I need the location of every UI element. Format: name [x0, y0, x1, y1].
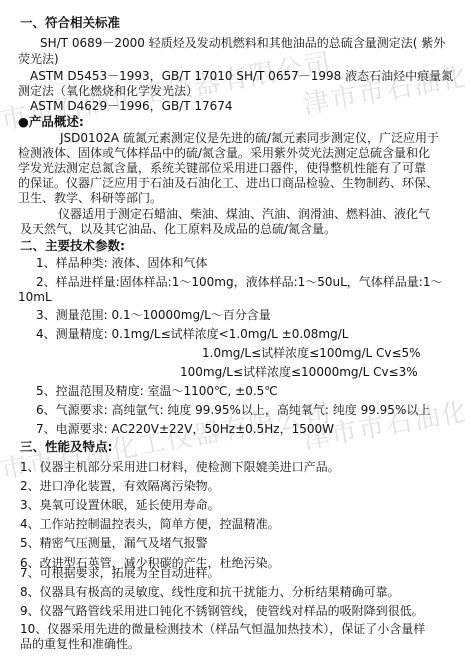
spec-line: 5、控温范围及精度: 室温～1100℃, ±0.5℃	[36, 384, 278, 398]
overview-line: 检测液体、固体或气体样品中的硫/氮含量。采用紫外荧光法测定总硫含量和化	[18, 146, 430, 160]
standard-line: 测定法（氧化燃烧和化学发光法）	[18, 84, 198, 98]
feature-line: 品的重复性和准确性。	[20, 637, 140, 651]
overview-line: 仪器适用于测定石蜡油、柴油、煤油、汽油、润滑油、燃料油、液化气	[58, 207, 430, 221]
section-title-overview: ●产品概述:	[18, 115, 84, 129]
spec-line: 6、气源要求: 高纯氩气: 纯度 99.95%以上，高纯氧气: 纯度 99.95…	[36, 403, 430, 417]
spec-line: 3、测量范围: 0.1～10000mg/L～百分含量	[36, 308, 271, 322]
overview-line: JSD0102A 硫氮元素测定仪是先进的硫/氮元素同步测定仪，广泛应用于	[60, 131, 439, 145]
overview-line: 卫生、教学、科研等部门。	[18, 191, 162, 205]
standard-line: 荧光法)	[18, 52, 59, 66]
section-title-specs: 二、主要技术参数:	[20, 239, 125, 253]
document-page: 津市市石油化工仪器有限公司 津市市石油化工仪器有限公司 津市市石油化工仪器有限公…	[0, 0, 465, 665]
spec-line: 1.0mg/L≤试样浓度≤100mg/L Cv≤5%	[202, 346, 421, 360]
spec-line: 100mg/L≤试样浓度≤10000mg/L Cv≤3%	[180, 365, 418, 379]
overview-line: 学发光法测定总氮含量，系统关键部位采用进口器件，使得整机性能有了可靠	[18, 161, 426, 175]
spec-line: 1、样品种类: 液体、固体和气体	[36, 256, 208, 270]
spec-line: 7、电源要求: AC220V±22V，50Hz±0.5Hz，1500W	[36, 422, 334, 436]
feature-line: 4、工作站控制温控表头，简单方便，控温精准。	[20, 517, 280, 531]
spec-line: 2、样品进样量:固体样品:1～100mg，液体样品:1～50uL，气体样品量:1…	[36, 275, 443, 289]
feature-line: 5、精密气压测量，漏气及堵气报警	[20, 536, 208, 550]
overview-line: 的保证。仪器广泛应用于石油及石油化工、进出口商品检验、生物制药、环保、	[18, 176, 438, 190]
standard-line: ASTM D4629－1996，GB/T 17674	[30, 99, 233, 113]
spec-line: 4、测量精度: 0.1mg/L≤试样浓度<1.0mg/L ±0.08mg/L	[36, 327, 348, 341]
feature-line: 1、仪器主机部分采用进口材料，使检测下限媲美进口产品。	[20, 460, 340, 474]
overview-line: 及天然气，以及其它油品、化工原料及成品的总硫/氮含量。	[20, 222, 336, 236]
feature-line: 7、可根据要求，拓展为全自动进样。	[20, 566, 220, 580]
section-title-standards: 一、符合相关标准	[20, 16, 120, 30]
standard-line: SH/T 0689－2000 轻质烃及发动机燃料和其他油品的总硫含量测定法( 紫…	[40, 36, 445, 50]
feature-line: 3、臭氧可设置休眠，延长使用寿命。	[20, 498, 220, 512]
feature-line: 9、仪器气路管线采用进口钝化不锈钢管线，使管线对样品的吸附降到很低。	[20, 604, 424, 618]
section-title-features: 三、性能及特点:	[20, 440, 113, 454]
feature-line: 2、进口净化装置，有效隔离污染物。	[20, 479, 220, 493]
standard-line: ASTM D5453－1993，GB/T 17010 SH/T 0657－199…	[30, 69, 453, 83]
feature-line: 8、仪器具有极高的灵敏度、线性度和抗干扰能力、分析结果精确可靠。	[20, 585, 400, 599]
feature-line: 10、仪器采用先进的微量检测技术（样品气恒温加热技术），保证了小含量样	[20, 622, 425, 636]
spec-line: 10mL	[18, 290, 52, 304]
